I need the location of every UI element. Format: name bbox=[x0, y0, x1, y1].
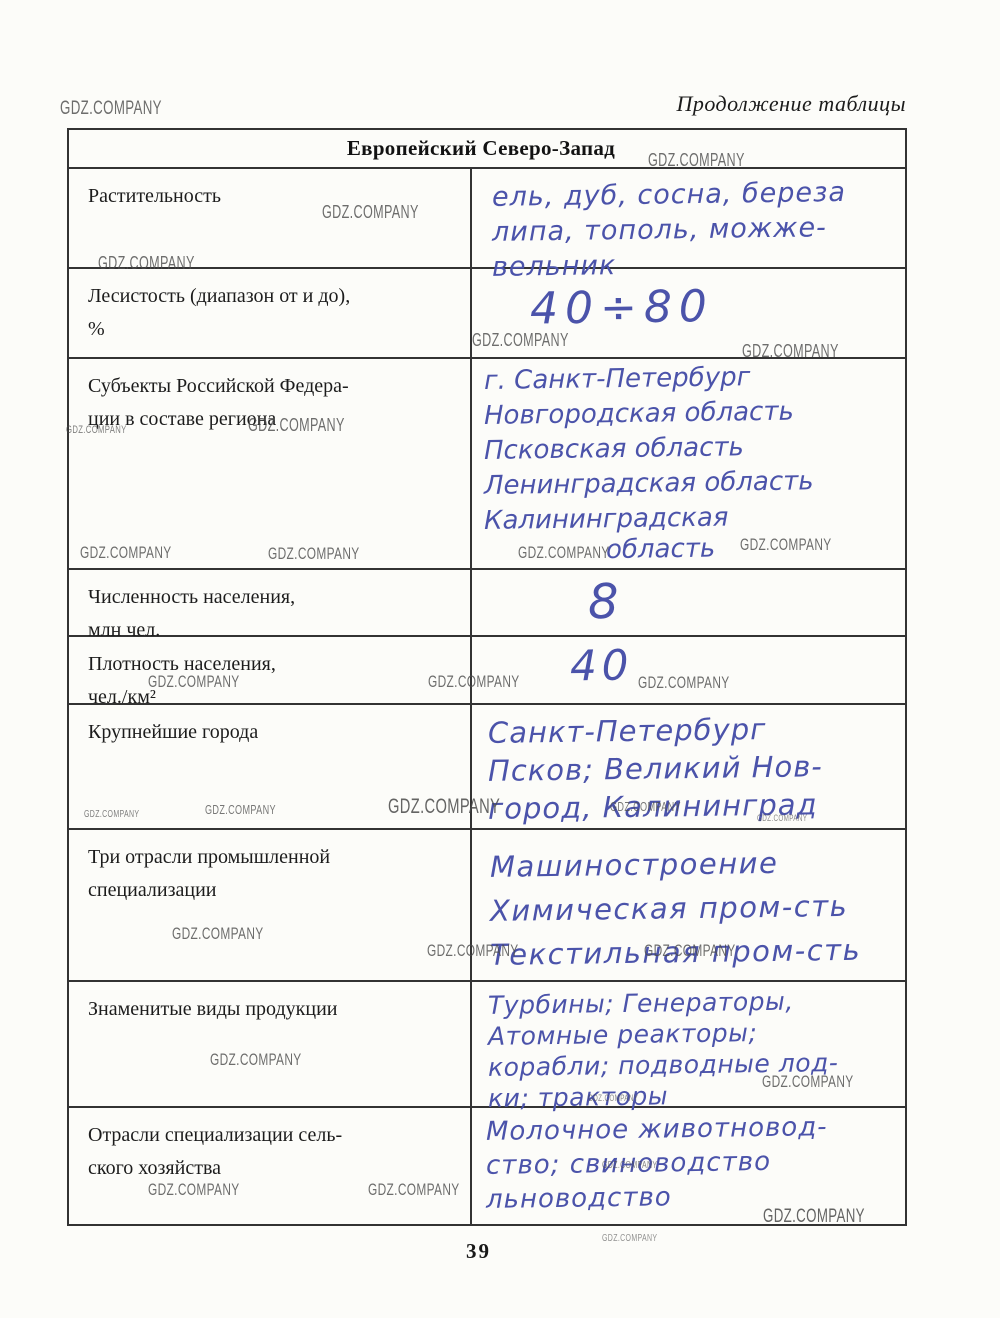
handwritten-answer-line: г. Санкт-Петербург bbox=[484, 358, 905, 399]
question-line: Численность населения, bbox=[88, 581, 458, 614]
gdz-watermark: GDZ.COMPANY bbox=[388, 795, 500, 819]
question-line: Плотность населения, bbox=[88, 648, 458, 681]
gdz-watermark: GDZ.COMPANY bbox=[610, 799, 681, 814]
answer-cell: г. Санкт-ПетербургНовгородская областьПс… bbox=[472, 359, 905, 568]
gdz-watermark: GDZ.COMPANY bbox=[648, 150, 745, 171]
question-line: Крупнейшие города bbox=[88, 716, 458, 749]
handwritten-answer-line: Псков; Великий Нов- bbox=[488, 746, 905, 790]
gdz-watermark: GDZ.COMPANY bbox=[638, 673, 730, 693]
question-cell: Знаменитые виды продукции bbox=[69, 982, 472, 1106]
gdz-watermark: GDZ.COMPANY bbox=[602, 1233, 657, 1244]
question-cell: Три отрасли промышленнойспециализации bbox=[69, 830, 472, 980]
handwritten-answer-line: 8 bbox=[588, 570, 906, 630]
handwritten-answer-line: Псковская область bbox=[484, 428, 905, 469]
question-line: Лесистость (диапазон от и до), bbox=[88, 280, 458, 313]
gdz-watermark: GDZ.COMPANY bbox=[742, 341, 839, 362]
table-continuation-note: Продолжение таблицы bbox=[676, 91, 906, 117]
gdz-watermark: GDZ.COMPANY bbox=[172, 924, 264, 944]
gdz-watermark: GDZ.COMPANY bbox=[84, 809, 139, 820]
gdz-watermark: GDZ.COMPANY bbox=[427, 941, 519, 961]
table-title: Европейский Северо-Запад bbox=[347, 136, 615, 161]
table-body: Растительностьель, дуб, сосна, березалип… bbox=[69, 169, 905, 1224]
scanned-workbook-page: Продолжение таблицы Европейский Северо-З… bbox=[0, 0, 1000, 1318]
handwritten-answer-line: 40÷80 bbox=[530, 278, 906, 334]
table-title-row: Европейский Северо-Запад bbox=[69, 130, 905, 169]
gdz-watermark: GDZ.COMPANY bbox=[268, 544, 360, 564]
gdz-watermark: GDZ.COMPANY bbox=[588, 1093, 638, 1103]
question-line: Знаменитые виды продукции bbox=[88, 993, 458, 1026]
gdz-watermark: GDZ.COMPANY bbox=[148, 672, 240, 692]
table-row: Плотность населения,чел./км²40 bbox=[69, 637, 905, 705]
gdz-watermark: GDZ.COMPANY bbox=[66, 424, 127, 436]
page-number: 39 bbox=[466, 1239, 491, 1264]
gdz-watermark: GDZ.COMPANY bbox=[210, 1050, 302, 1070]
gdz-watermark: GDZ.COMPANY bbox=[248, 415, 345, 436]
question-cell: Лесистость (диапазон от и до),% bbox=[69, 269, 472, 357]
question-cell: Субъекты Российской Федера-ции в составе… bbox=[69, 359, 472, 568]
gdz-watermark: GDZ.COMPANY bbox=[148, 1180, 240, 1200]
gdz-watermark: GDZ.COMPANY bbox=[602, 1160, 657, 1171]
answer-cell: Санкт-ПетербургПсков; Великий Нов-город,… bbox=[472, 705, 905, 828]
gdz-watermark: GDZ.COMPANY bbox=[80, 543, 172, 563]
handwritten-answer-line: Ленинградская область bbox=[484, 463, 905, 504]
handwritten-answer-line: Химическая пром-сть bbox=[490, 883, 906, 933]
question-cell: Плотность населения,чел./км² bbox=[69, 637, 472, 703]
answer-cell: 40 bbox=[472, 637, 905, 703]
question-line: Субъекты Российской Федера- bbox=[88, 370, 458, 403]
gdz-watermark: GDZ.COMPANY bbox=[205, 802, 276, 817]
answer-cell: 8 bbox=[472, 570, 905, 635]
handwritten-answer-line: липа, тополь, можже- bbox=[492, 209, 905, 250]
question-cell: Отрасли специализации сель-ского хозяйст… bbox=[69, 1108, 472, 1224]
gdz-watermark: GDZ.COMPANY bbox=[763, 1206, 865, 1228]
handwritten-answer-line: Новгородская область bbox=[484, 393, 905, 434]
table-row: Численность населения,млн чел.8 bbox=[69, 570, 905, 637]
handwritten-answer-line: Санкт-Петербург bbox=[488, 708, 905, 752]
gdz-watermark: GDZ.COMPANY bbox=[60, 98, 162, 120]
question-line: Три отрасли промышленной bbox=[88, 841, 458, 874]
handwritten-answer-line: Машиностроение bbox=[490, 839, 906, 889]
gdz-watermark: GDZ.COMPANY bbox=[644, 941, 736, 961]
question-line: Отрасли специализации сель- bbox=[88, 1119, 458, 1152]
answer-cell: ель, дуб, сосна, березалипа, тополь, мож… bbox=[472, 169, 905, 267]
gdz-watermark: GDZ.COMPANY bbox=[428, 672, 520, 692]
gdz-watermark: GDZ.COMPANY bbox=[740, 535, 832, 555]
gdz-watermark: GDZ.COMPANY bbox=[518, 543, 610, 563]
gdz-watermark: GDZ.COMPANY bbox=[472, 330, 569, 351]
question-line: % bbox=[88, 313, 458, 346]
gdz-watermark: GDZ.COMPANY bbox=[98, 253, 195, 274]
handwritten-answer-line: город, Калининград bbox=[488, 784, 905, 828]
question-cell: Численность населения,млн чел. bbox=[69, 570, 472, 635]
handwritten-answer-line: 40 bbox=[570, 637, 906, 691]
question-line: специализации bbox=[88, 874, 458, 907]
gdz-watermark: GDZ.COMPANY bbox=[757, 813, 807, 823]
gdz-watermark: GDZ.COMPANY bbox=[368, 1180, 460, 1200]
gdz-watermark: GDZ.COMPANY bbox=[762, 1072, 854, 1092]
gdz-watermark: GDZ.COMPANY bbox=[322, 202, 419, 223]
handwritten-answer-line: ель, дуб, сосна, береза bbox=[492, 174, 905, 215]
